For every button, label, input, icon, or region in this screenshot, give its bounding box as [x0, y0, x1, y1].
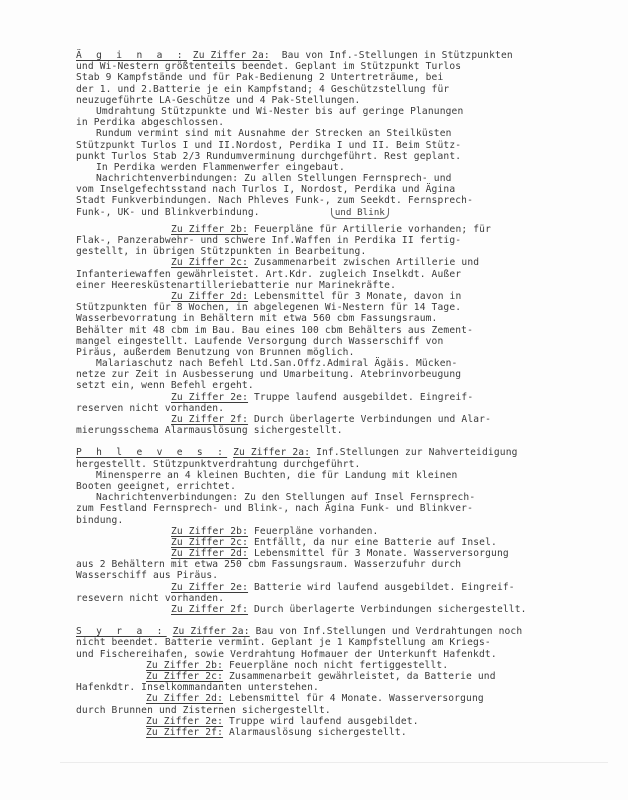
- text-line: Zu Ziffer 2d: Lebensmittel für 3 Monate,…: [76, 291, 596, 302]
- text-line: hergestellt. Stützpunktverdrahtung durch…: [76, 459, 596, 470]
- item-label: Zu Ziffer 2c:: [171, 257, 248, 268]
- section-agina: Ä g i n a : Zu Ziffer 2a: Bau von Inf.-S…: [76, 50, 596, 436]
- text-line: Zu Ziffer 2c: Zusammenarbeit gewährleist…: [76, 671, 596, 682]
- text-line: resevern nicht vorhanden.: [76, 593, 596, 604]
- item-text: Lebensmittel für 4 Monate. Wasserversorg…: [229, 693, 484, 704]
- text-line: Infanteriewaffen gewährleistet. Art.Kdr.…: [76, 269, 596, 280]
- item-text: Entfällt, da nur eine Batterie auf Insel…: [254, 537, 497, 548]
- text-line: Hafenkdtr. Inselkommandanten unterstehen…: [76, 682, 596, 693]
- item-label: Zu Ziffer 2e:: [146, 716, 223, 727]
- section-syra: S y r a : Zu Ziffer 2a: Bau von Inf.Stel…: [76, 626, 596, 738]
- document-page: Ä g i n a : Zu Ziffer 2a: Bau von Inf.-S…: [0, 0, 628, 800]
- item-label: Zu Ziffer 2d:: [146, 693, 223, 704]
- typewritten-report: Ä g i n a : Zu Ziffer 2a: Bau von Inf.-S…: [76, 50, 596, 738]
- text-line: Behälter mit 48 cbm im Bau. Bau eines 10…: [76, 325, 596, 336]
- item-text: Batterie wird laufend ausgebildet. Eingr…: [254, 582, 515, 593]
- item-text: Lebensmittel für 3 Monate. Wasserversorg…: [254, 548, 509, 559]
- item-text: Feuerpläne noch nicht fertiggestellt.: [229, 660, 448, 671]
- item-text: Feuerpläne vorhanden.: [254, 526, 378, 537]
- item-text: Zusammenarbeit zwischen Artillerie und: [254, 257, 479, 268]
- text-line: Stadt Funkverbindungen. Nach Phleves Fun…: [76, 195, 596, 206]
- item-label: Zu Ziffer 2d:: [171, 548, 248, 559]
- text-line: Zu Ziffer 2f: Alarmauslösung sichergeste…: [76, 727, 596, 738]
- text-line: Minensperre an 4 kleinen Buchten, die fü…: [76, 470, 596, 481]
- item-label: Zu Ziffer 2e:: [171, 582, 248, 593]
- text-line: durch Brunnen und Zisternen sichergestel…: [76, 705, 596, 716]
- text-line: Nachrichtenverbindungen: Zu den Stellung…: [76, 492, 596, 503]
- text-line: Zu Ziffer 2b: Feuerpläne noch nicht fert…: [76, 660, 596, 671]
- text-line: Zu Ziffer 2c: Entfällt, da nur eine Batt…: [76, 537, 596, 548]
- item-label: Zu Ziffer 2d:: [171, 291, 248, 302]
- text-line: Zu Ziffer 2d: Lebensmittel für 3 Monate.…: [76, 548, 596, 559]
- text-line: Stützpunkt Turlos I und II.Nordost, Perd…: [76, 140, 596, 151]
- text-line: S y r a : Zu Ziffer 2a: Bau von Inf.Stel…: [76, 626, 596, 637]
- text-line: nicht beendet. Batterie vermint. Geplant…: [76, 637, 596, 648]
- text-line: Flak-, Panzerabwehr- und schwere Inf.Waf…: [76, 235, 596, 246]
- item-text: Durch überlagerte Verbindungen und Alar-: [254, 414, 491, 425]
- item-label: Zu Ziffer 2a:: [173, 626, 250, 637]
- text-line: in Perdika abgeschlossen.: [76, 117, 596, 128]
- text-line: mierungsschema Alarmauslösung sichergest…: [76, 425, 596, 436]
- item-label: Zu Ziffer 2a:: [193, 50, 270, 61]
- text-line: aus 2 Behältern mit etwa 250 cbm Fassung…: [76, 559, 596, 570]
- item-text: Truppe laufend ausgebildet. Eingreif-: [254, 392, 473, 403]
- text-line: Zu Ziffer 2b: Feuerpläne für Artillerie …: [76, 224, 596, 235]
- text-line: Zu Ziffer 2e: Truppe wird laufend ausgeb…: [76, 716, 596, 727]
- item-text: Truppe wird laufend ausgebildet.: [229, 716, 419, 727]
- text-line: Funk-, UK- und Blinkverbindung. und Blin…: [76, 207, 596, 218]
- item-label: Zu Ziffer 2c:: [146, 671, 223, 682]
- text-line: punkt Turlos Stab 2/3 Rundumverminung du…: [76, 151, 596, 162]
- item-text: Bau von Inf.Stellungen und Verdrahtungen…: [256, 626, 523, 637]
- item-label: Zu Ziffer 2f:: [171, 604, 248, 615]
- item-text: Feuerpläne für Artillerie vorhanden; für: [254, 224, 491, 235]
- item-label: Zu Ziffer 2f:: [171, 414, 248, 425]
- page-edge: [60, 762, 608, 763]
- text-line: Malariaschutz nach Befehl Ltd.San.Offz.A…: [76, 358, 596, 369]
- text-line: Wasserschiff aus Piräus.: [76, 570, 596, 581]
- text-line: Ä g i n a : Zu Ziffer 2a: Bau von Inf.-S…: [76, 50, 596, 61]
- text-line: P h l e v e s : Zu Ziffer 2a: Inf.Stellu…: [76, 447, 596, 458]
- text-line: einer Heeresküstenartilleriebatterie nur…: [76, 280, 596, 291]
- item-text: Alarmauslösung sichergestellt.: [229, 727, 407, 738]
- text-line: vom Inselgefechtsstand nach Turlos I, No…: [76, 184, 596, 195]
- text-line: Stützpunkten für 8 Wochen, in abgelegene…: [76, 302, 596, 313]
- text-line: Wasserbevorratung in Behältern mit etwa …: [76, 313, 596, 324]
- item-label: Zu Ziffer 2f:: [146, 727, 223, 738]
- text-line: der 1. und 2.Batterie je ein Kampfstand;…: [76, 84, 596, 95]
- item-label: Zu Ziffer 2c:: [171, 537, 248, 548]
- text-line: Booten geeignet, errichtet.: [76, 481, 596, 492]
- item-text: Bau von Inf.-Stellungen in Stützpunkten: [282, 50, 513, 61]
- item-label: Zu Ziffer 2b:: [146, 660, 223, 671]
- item-label: Zu Ziffer 2b:: [171, 526, 248, 537]
- text-line: Zu Ziffer 2d: Lebensmittel für 4 Monate.…: [76, 693, 596, 704]
- item-text: Funk-, UK- und Blinkverbindung.: [76, 207, 260, 218]
- text-line: setzt ein, wenn Befehl ergeht.: [76, 380, 596, 391]
- text-line: Stab 9 Kampfstände und für Pak-Bedienung…: [76, 72, 596, 83]
- section-phleves: P h l e v e s : Zu Ziffer 2a: Inf.Stellu…: [76, 447, 596, 615]
- item-text: Durch überlagerte Verbindungen sicherges…: [254, 604, 527, 615]
- text-line: netze zur Zeit in Ausbesserung und Umarb…: [76, 369, 596, 380]
- text-line: Zu Ziffer 2c: Zusammenarbeit zwischen Ar…: [76, 257, 596, 268]
- text-line: Zu Ziffer 2e: Truppe laufend ausgebildet…: [76, 392, 596, 403]
- text-line: Zu Ziffer 2f: Durch überlagerte Verbindu…: [76, 414, 596, 425]
- item-text: Lebensmittel für 3 Monate, davon in: [254, 291, 461, 302]
- text-line: mangel eingestellt. Laufende Versorgung …: [76, 336, 596, 347]
- item-label: Zu Ziffer 2b:: [171, 224, 248, 235]
- place-heading: Ä g i n a :: [76, 50, 187, 61]
- text-line: und Fischereihafen, sowie Verdrahtung Ho…: [76, 649, 596, 660]
- text-line: In Perdika werden Flammenwerfer eingebau…: [76, 162, 596, 173]
- item-label: Zu Ziffer 2a:: [233, 447, 310, 458]
- text-line: neuzugeführte LA-Geschütze und 4 Pak-Ste…: [76, 95, 596, 106]
- text-line: Piräus, außerdem Benutzung von Brunnen m…: [76, 347, 596, 358]
- text-line: Zu Ziffer 2f: Durch überlagerte Verbindu…: [76, 604, 596, 615]
- text-line: reserven nicht vorhanden.: [76, 403, 596, 414]
- item-text: Inf.Stellungen zur Nahverteidigung: [316, 447, 517, 458]
- item-label: Zu Ziffer 2e:: [171, 392, 248, 403]
- text-line: Zu Ziffer 2e: Batterie wird laufend ausg…: [76, 582, 596, 593]
- text-line: Nachrichtenverbindungen: Zu allen Stellu…: [76, 173, 596, 184]
- text-line: Rundum vermint sind mit Ausnahme der Str…: [76, 128, 596, 139]
- item-text: Zusammenarbeit gewährleistet, da Batteri…: [229, 671, 496, 682]
- text-line: Zu Ziffer 2b: Feuerpläne vorhanden.: [76, 526, 596, 537]
- text-line: gestellt, in übrigen Stützpunkten in Bea…: [76, 246, 596, 257]
- text-line: und Wi-Nestern größtenteils beendet. Gep…: [76, 61, 596, 72]
- text-line: bindung.: [76, 515, 596, 526]
- handwritten-insertion: und Blink: [331, 208, 389, 219]
- text-line: zum Festland Fernsprech- und Blink-, nac…: [76, 503, 596, 514]
- text-line: Umdrahtung Stützpunkte und Wi-Nester bis…: [76, 106, 596, 117]
- place-heading: S y r a :: [76, 626, 167, 637]
- place-heading: P h l e v e s :: [76, 447, 227, 458]
